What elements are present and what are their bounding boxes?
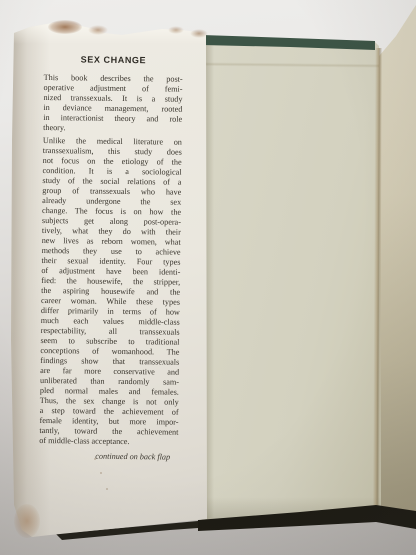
flap-paragraph: This book describes the post-operative a…: [43, 73, 183, 135]
flap-text-line: of middle-class acceptance.: [39, 436, 178, 448]
flap-worn-spot: [168, 26, 184, 34]
flap-title: SEX CHANGE: [44, 54, 183, 66]
flap-worn-spot: [88, 25, 108, 35]
flap-continued-note: continued on back flap: [39, 451, 178, 462]
paper-speck: [100, 472, 102, 474]
flap-text-line: theory.: [43, 123, 182, 135]
flap-worn-corner: [14, 504, 40, 538]
flap-worn-spot: [48, 20, 82, 34]
flap-worn-spot: [190, 29, 208, 38]
open-book-photo: SEX CHANGE This book describes the post-…: [0, 0, 416, 555]
flap-paragraph: Unlike the medical literature ontranssex…: [39, 136, 182, 448]
paper-speck: [106, 488, 108, 490]
flap-blurb: SEX CHANGE This book describes the post-…: [39, 54, 183, 462]
